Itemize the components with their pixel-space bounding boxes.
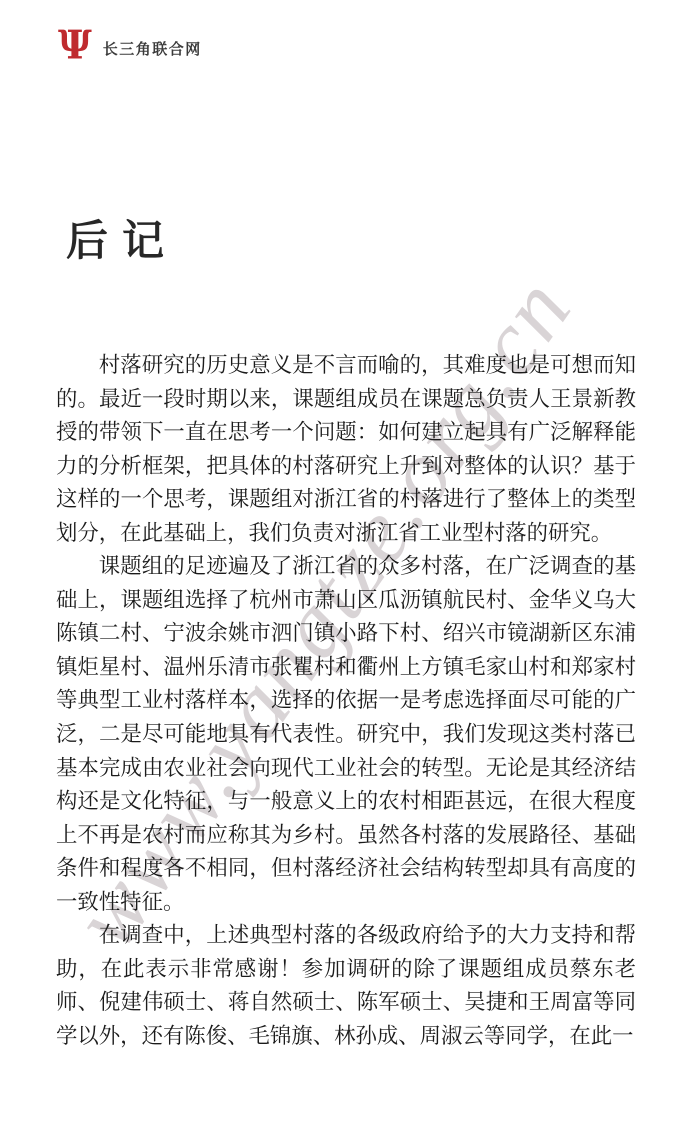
- paragraph: 在调查中，上述典型村落的各级政府给予的大力支持和帮助，在此表示非常感谢！参加调研…: [56, 919, 636, 1053]
- paragraph: 课题组的足迹遍及了浙江省的众多村落，在广泛调查的基础上，课题组选择了杭州市萧山区…: [56, 550, 636, 919]
- page-title: 后记: [66, 221, 178, 263]
- paragraph: 村落研究的历史意义是不言而喻的，其难度也是可想而知的。最近一段时期以来，课题组成…: [56, 349, 636, 550]
- site-header: Ψ 长三角联合网: [58, 27, 202, 64]
- site-name-label: 长三角联合网: [103, 32, 202, 59]
- document-body: 村落研究的历史意义是不言而喻的，其难度也是可想而知的。最近一段时期以来，课题组成…: [56, 349, 636, 1053]
- psi-trident-icon: Ψ: [58, 26, 92, 65]
